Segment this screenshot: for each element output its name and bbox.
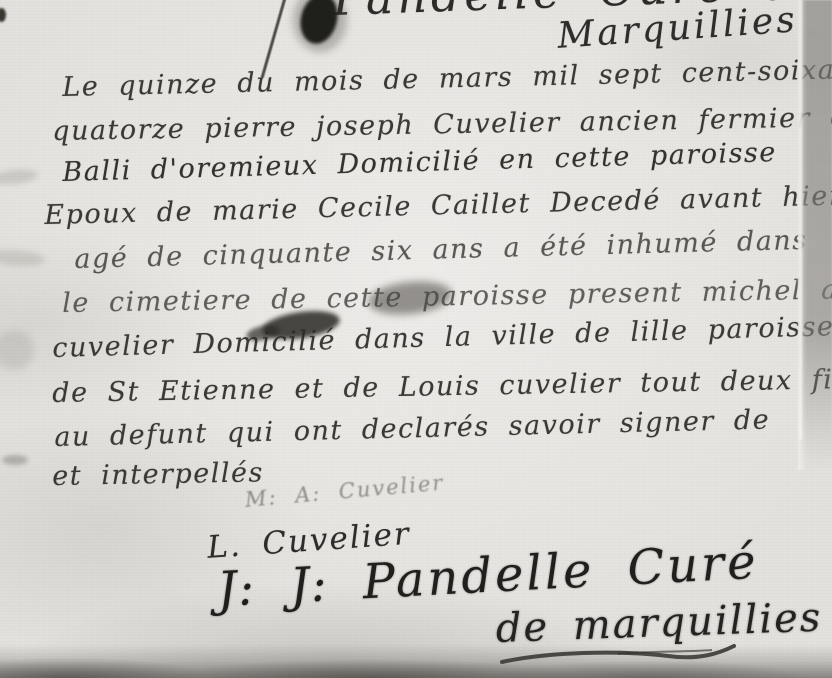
handwritten-line: au defunt qui ont declarés savoir signer… bbox=[54, 405, 770, 453]
bleedthrough-mark bbox=[2, 455, 28, 465]
page-edge-highlight bbox=[799, 0, 802, 440]
handwritten-line: Le quinze du mois de mars mil sept cent-… bbox=[62, 53, 832, 103]
handwritten-line: agé de cinquante six ans a été inhumé da… bbox=[74, 225, 808, 275]
ink-blot-halo bbox=[293, 0, 347, 52]
handwritten-line: cuvelier Domicilié dans la ville de lill… bbox=[52, 311, 832, 364]
bleedthrough-mark bbox=[0, 330, 34, 370]
page-edge-strip bbox=[798, 0, 832, 470]
bleedthrough-mark bbox=[0, 248, 45, 268]
edge-mark bbox=[0, 8, 6, 22]
bleedthrough-mark bbox=[0, 168, 39, 187]
bottom-shadow bbox=[0, 644, 832, 678]
manuscript-page: Pandelle Curé de Marquillies Le quinze d… bbox=[0, 0, 832, 678]
signature-witness-faint: M: A: Cuvelier bbox=[244, 471, 445, 512]
handwritten-line: Epoux de marie Cecile Caillet Decedé ava… bbox=[44, 180, 832, 231]
handwritten-line: de St Etienne et de Louis cuvelier tout … bbox=[52, 364, 832, 409]
handwritten-line: et interpellés bbox=[52, 457, 264, 492]
